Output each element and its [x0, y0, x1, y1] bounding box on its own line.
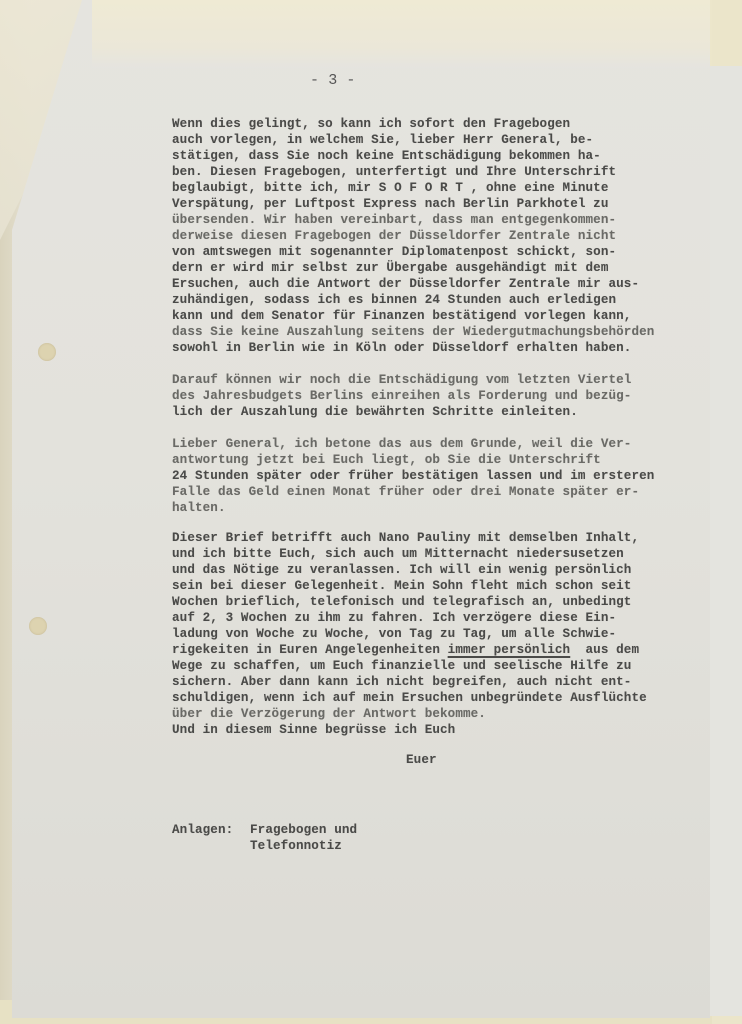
text-line: dass Sie keine Auszahlung seitens der Wi…	[172, 324, 654, 340]
text-line: Falle das Geld einen Monat früher oder d…	[172, 484, 639, 500]
text-line: Ersuchen, auch die Antwort der Düsseldor…	[172, 276, 639, 292]
text-line: stätigen, dass Sie noch keine Entschädig…	[172, 148, 601, 164]
text-line: zuhändigen, sodass ich es binnen 24 Stun…	[172, 292, 616, 308]
punch-hole	[29, 617, 47, 635]
text-line: auf 2, 3 Wochen zu ihm zu fahren. Ich ve…	[172, 610, 616, 626]
text-line: und das Nötige zu veranlassen. Ich will …	[172, 562, 631, 578]
page-number: - 3 -	[310, 72, 356, 89]
text-line: kann und dem Senator für Finanzen bestät…	[172, 308, 631, 324]
text-line: schuldigen, wenn ich auf mein Ersuchen u…	[172, 690, 647, 706]
text-line: Und in diesem Sinne begrüsse ich Euch	[172, 722, 455, 738]
text-segment: rigekeiten in Euren Angelegenheiten	[172, 643, 448, 657]
enclosure-item: Telefonnotiz	[250, 838, 342, 854]
text-line: über die Verzögerung der Antwort bekomme…	[172, 706, 486, 722]
text-line: Dieser Brief betrifft auch Nano Pauliny …	[172, 530, 639, 546]
closing: Euer	[406, 752, 437, 768]
text-line: halten.	[172, 500, 226, 516]
text-line: ladung von Woche zu Woche, von Tag zu Ta…	[172, 626, 616, 642]
enclosure-item: Fragebogen und	[250, 822, 357, 838]
page-top-shadow	[92, 0, 712, 68]
text-line: Verspätung, per Luftpost Express nach Be…	[172, 196, 608, 212]
text-line: sowohl in Berlin wie in Köln oder Düssel…	[172, 340, 631, 356]
text-line: ben. Diesen Fragebogen, unterfertigt und…	[172, 164, 616, 180]
enclosures-label: Anlagen:	[172, 822, 233, 838]
text-line: Darauf können wir noch die Entschädigung…	[172, 372, 631, 388]
text-line: und ich bitte Euch, sich auch um Mittern…	[172, 546, 624, 562]
text-line: Wochen brieflich, telefonisch und telegr…	[172, 594, 631, 610]
text-line: übersenden. Wir haben vereinbart, dass m…	[172, 212, 616, 228]
text-line: sein bei dieser Gelegenheit. Mein Sohn f…	[172, 578, 631, 594]
text-line: rigekeiten in Euren Angelegenheiten imme…	[172, 642, 639, 658]
text-line: Lieber General, ich betone das aus dem G…	[172, 436, 631, 452]
text-line: lich der Auszahlung die bewährten Schrit…	[172, 404, 578, 420]
text-line: des Jahresbudgets Berlins einreihen als …	[172, 388, 631, 404]
text-line: dern er wird mir selbst zur Übergabe aus…	[172, 260, 608, 276]
text-line: Wenn dies gelingt, so kann ich sofort de…	[172, 116, 570, 132]
text-line: derweise diesen Fragebogen der Düsseldor…	[172, 228, 616, 244]
text-line: auch vorlegen, in welchem Sie, lieber He…	[172, 132, 593, 148]
text-line: antwortung jetzt bei Euch liegt, ob Sie …	[172, 452, 601, 468]
text-line: von amtswegen mit sogenannter Diplomaten…	[172, 244, 616, 260]
text-line: beglaubigt, bitte ich, mir S O F O R T ,…	[172, 180, 608, 196]
text-line: 24 Stunden später oder früher bestätigen…	[172, 468, 654, 484]
text-line: Wege zu schaffen, um Euch finanzielle un…	[172, 658, 631, 674]
underlined-emphasis: immer persönlich	[448, 643, 571, 657]
text-segment: aus dem	[570, 643, 639, 657]
punch-hole	[38, 343, 56, 361]
text-line: sichern. Aber dann kann ich nicht begrei…	[172, 674, 631, 690]
